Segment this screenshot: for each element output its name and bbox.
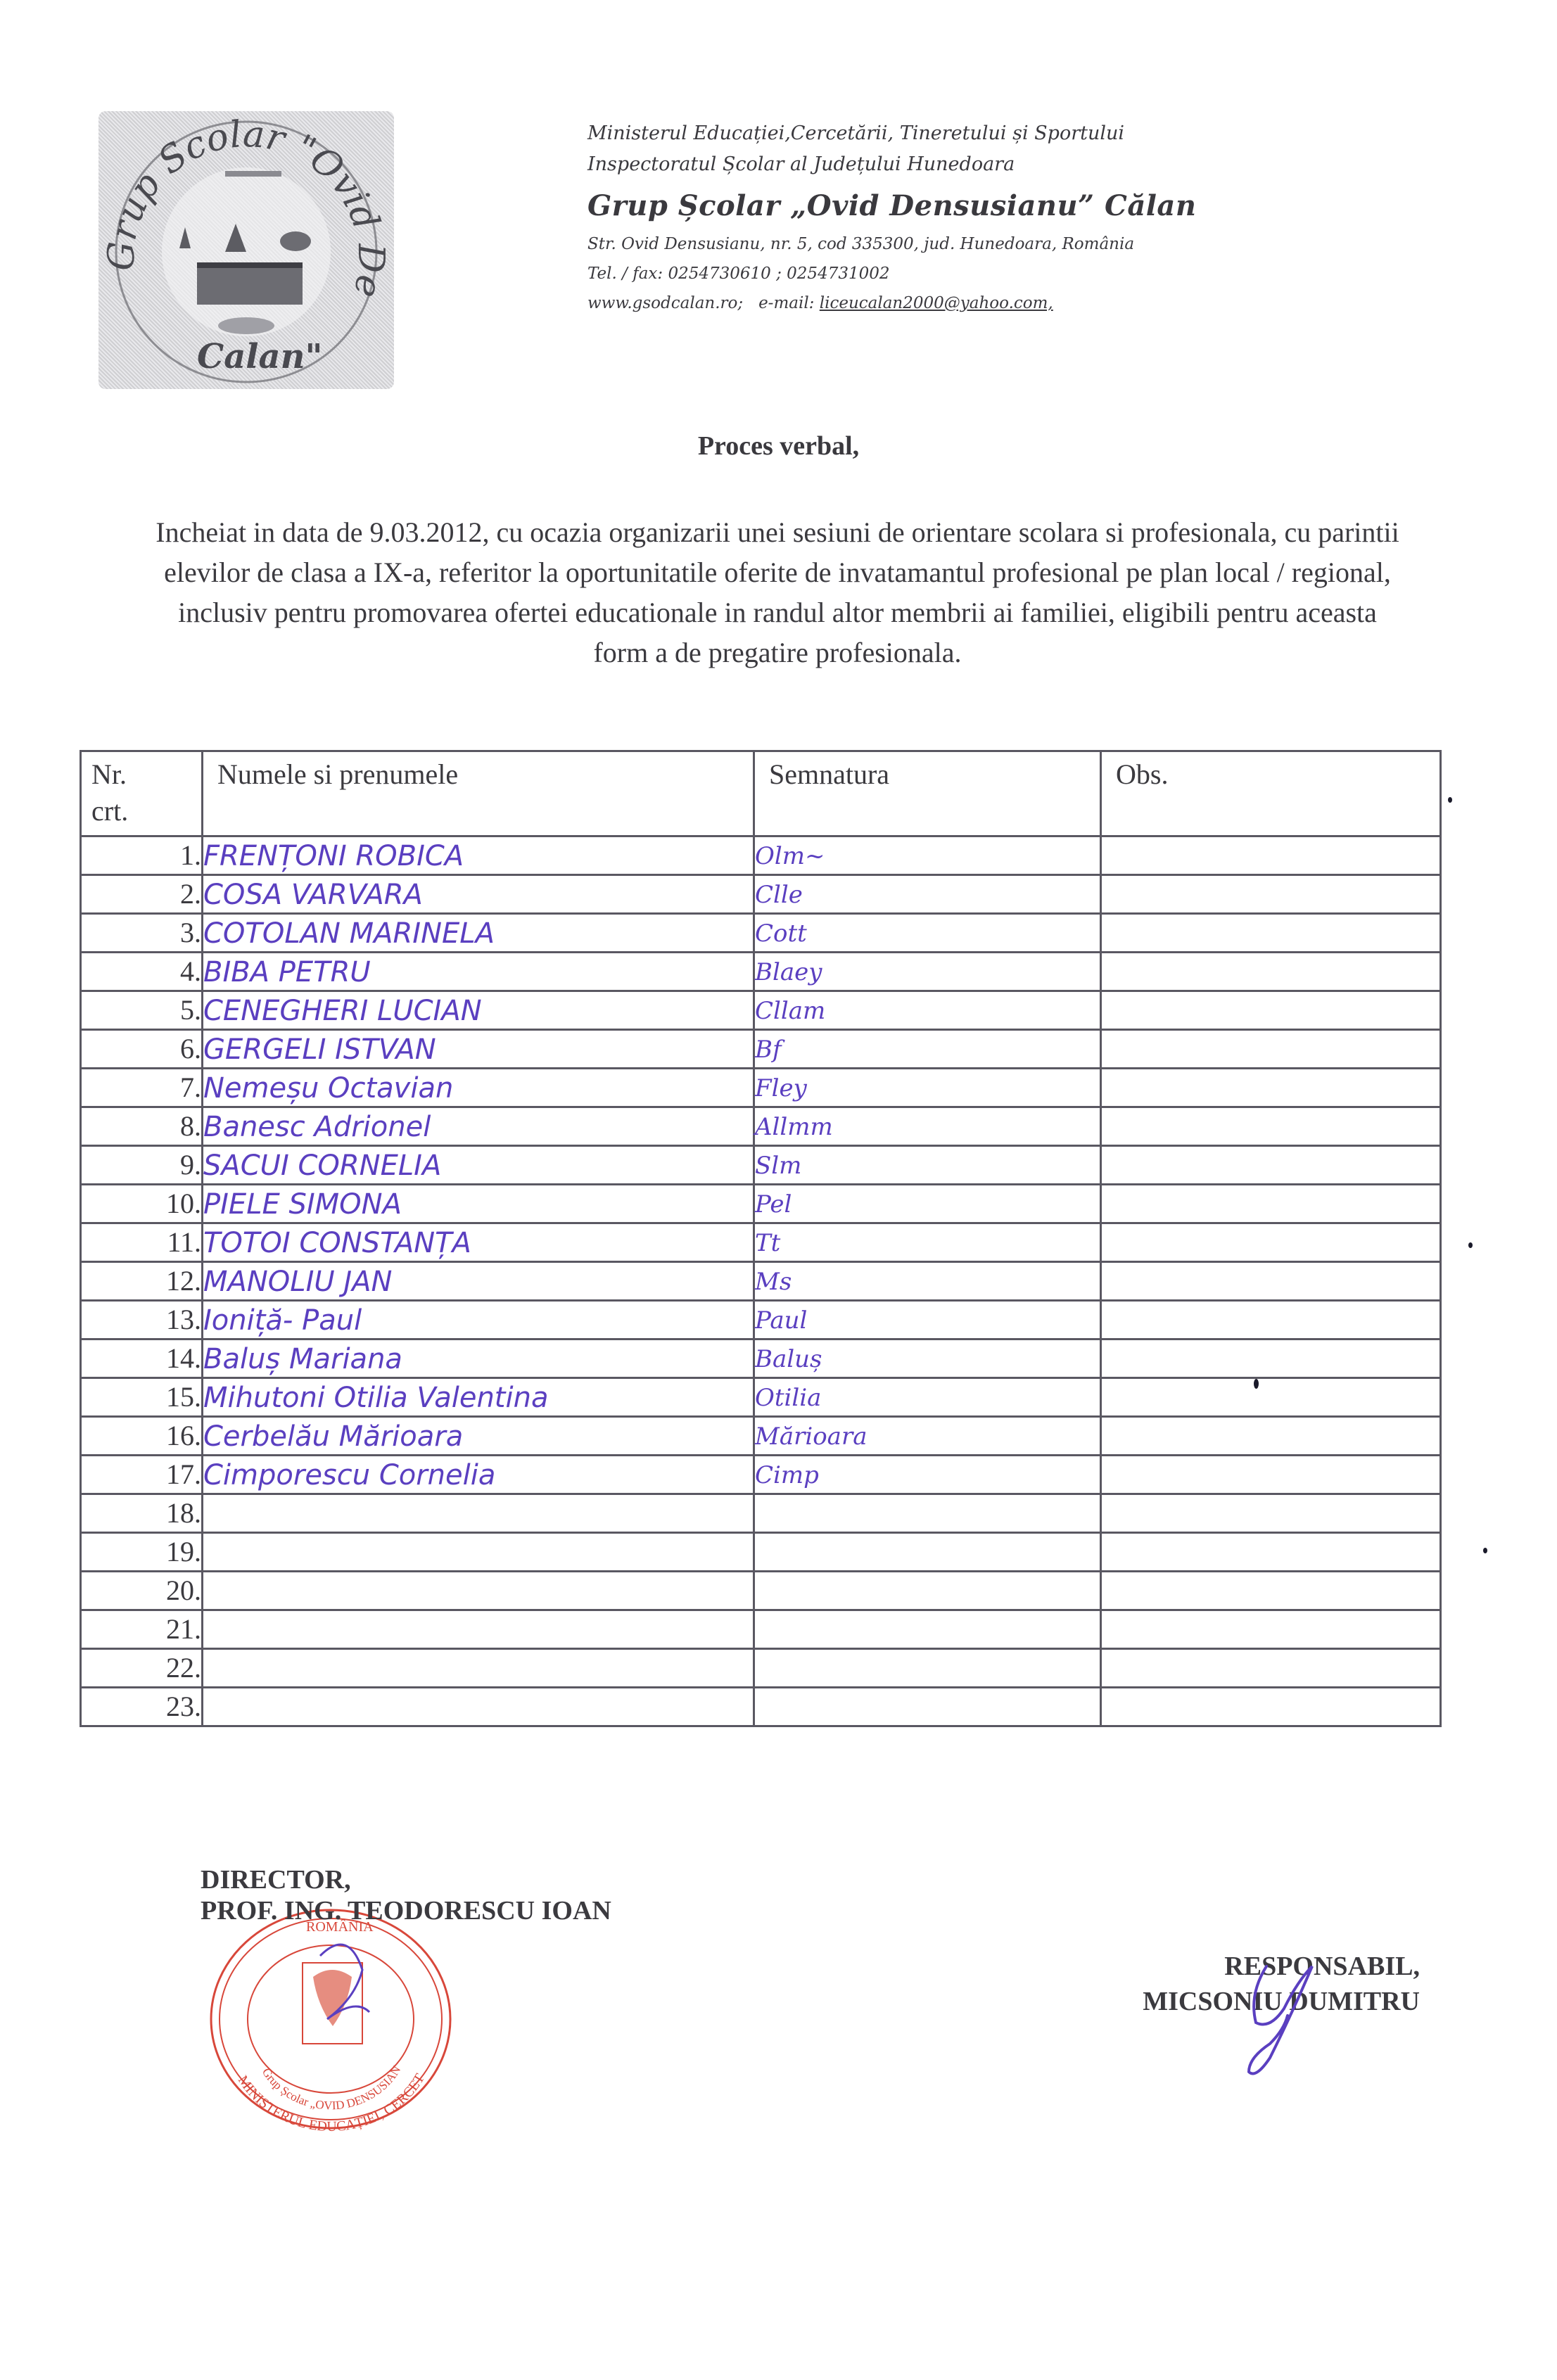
- participant-name[interactable]: SACUI CORNELIA: [203, 1146, 754, 1185]
- observation-cell[interactable]: [1101, 991, 1441, 1030]
- table-row: 13.Ioniță- PaulPaul: [81, 1301, 1441, 1339]
- row-number: 23.: [81, 1688, 203, 1726]
- observation-cell[interactable]: [1101, 1146, 1441, 1185]
- observation-cell[interactable]: [1101, 1417, 1441, 1456]
- table-row: 14.Baluș MarianaBaluș: [81, 1339, 1441, 1378]
- table-row: 1.FRENȚONI ROBICAOlm~: [81, 836, 1441, 875]
- table-row: 15.Mihutoni Otilia ValentinaOtilia: [81, 1378, 1441, 1417]
- observation-cell[interactable]: [1101, 1378, 1441, 1417]
- table-row: 6.GERGELI ISTVANBf: [81, 1030, 1441, 1069]
- observation-cell[interactable]: [1101, 1456, 1441, 1494]
- participant-name[interactable]: PIELE SIMONA: [203, 1185, 754, 1223]
- observation-cell[interactable]: [1101, 1688, 1441, 1726]
- participant-name[interactable]: TOTOI CONSTANȚA: [203, 1223, 754, 1262]
- participant-signature[interactable]: Allmm: [754, 1107, 1101, 1146]
- participant-signature[interactable]: Bf: [754, 1030, 1101, 1069]
- scan-speck: [1483, 1548, 1487, 1553]
- school-crest-logo: Grup Scolar "Ovid Densusianu" Calan": [98, 111, 394, 389]
- participant-signature[interactable]: Cimp: [754, 1456, 1101, 1494]
- header-nr-label: Nr. crt.: [91, 756, 148, 829]
- svg-text:Calan": Calan": [197, 337, 323, 376]
- participant-signature[interactable]: Fley: [754, 1069, 1101, 1107]
- observation-cell[interactable]: [1101, 953, 1441, 991]
- official-stamp: MINISTERUL EDUCAȚIEI, CERCETĂRII, TINERE…: [201, 1899, 461, 2132]
- participant-name[interactable]: Mihutoni Otilia Valentina: [203, 1378, 754, 1417]
- participant-signature[interactable]: Blaey: [754, 953, 1101, 991]
- scan-speck: [1448, 797, 1452, 803]
- row-number: 21.: [81, 1610, 203, 1649]
- observation-cell[interactable]: [1101, 1107, 1441, 1146]
- school-name: Grup Școlar „Ovid Densusianu” Călan: [587, 183, 1432, 229]
- table-row: 20.: [81, 1572, 1441, 1610]
- signature-scribble-icon: [1238, 1945, 1337, 2086]
- table-body: 1.FRENȚONI ROBICAOlm~2.COSA VARVARAClle3…: [81, 836, 1441, 1726]
- participant-name[interactable]: [203, 1572, 754, 1610]
- participant-name[interactable]: Banesc Adrionel: [203, 1107, 754, 1146]
- participant-name[interactable]: COTOLAN MARINELA: [203, 914, 754, 953]
- participant-signature[interactable]: [754, 1649, 1101, 1688]
- participant-signature[interactable]: Mărioara: [754, 1417, 1101, 1456]
- participant-signature[interactable]: Clle: [754, 875, 1101, 914]
- table-row: 9.SACUI CORNELIASlm: [81, 1146, 1441, 1185]
- header-obs: Obs.: [1101, 751, 1441, 836]
- table-row: 5.CENEGHERI LUCIANCllam: [81, 991, 1441, 1030]
- observation-cell[interactable]: [1101, 1533, 1441, 1572]
- observation-cell[interactable]: [1101, 1610, 1441, 1649]
- observation-cell[interactable]: [1101, 1069, 1441, 1107]
- table-row: 3.COTOLAN MARINELACott: [81, 914, 1441, 953]
- participant-name[interactable]: MANOLIU JAN: [203, 1262, 754, 1301]
- participant-signature[interactable]: Olm~: [754, 836, 1101, 875]
- participant-name[interactable]: [203, 1649, 754, 1688]
- table-row: 4.BIBA PETRUBlaey: [81, 953, 1441, 991]
- document-title: Proces verbal,: [0, 431, 1557, 462]
- ministry-name: Ministerul Educației,Cercetării, Tineret…: [587, 118, 1432, 149]
- table-row: 21.: [81, 1610, 1441, 1649]
- document-body: Incheiat in data de 9.03.2012, cu ocazia…: [151, 512, 1404, 673]
- participant-signature[interactable]: Otilia: [754, 1378, 1101, 1417]
- school-website[interactable]: www.gsodcalan.ro;: [587, 294, 743, 312]
- scan-speck: [1254, 1379, 1259, 1389]
- observation-cell[interactable]: [1101, 1030, 1441, 1069]
- row-number: 8.: [81, 1107, 203, 1146]
- email-label: e-mail:: [758, 294, 814, 312]
- table-row: 11.TOTOI CONSTANȚATt: [81, 1223, 1441, 1262]
- row-number: 18.: [81, 1494, 203, 1533]
- participant-signature[interactable]: [754, 1533, 1101, 1572]
- participant-name[interactable]: Ioniță- Paul: [203, 1301, 754, 1339]
- row-number: 14.: [81, 1339, 203, 1378]
- participant-signature[interactable]: Cllam: [754, 991, 1101, 1030]
- participant-signature[interactable]: Tt: [754, 1223, 1101, 1262]
- observation-cell[interactable]: [1101, 1494, 1441, 1533]
- observation-cell[interactable]: [1101, 1185, 1441, 1223]
- observation-cell[interactable]: [1101, 914, 1441, 953]
- table-row: 10.PIELE SIMONAPel: [81, 1185, 1441, 1223]
- school-phone-fax: Tel. / fax: 0254730610 ; 0254731002: [587, 259, 1432, 288]
- participant-signature[interactable]: Slm: [754, 1146, 1101, 1185]
- row-number: 20.: [81, 1572, 203, 1610]
- participant-signature[interactable]: Cott: [754, 914, 1101, 953]
- table-row: 16.Cerbelău MărioaraMărioara: [81, 1417, 1441, 1456]
- observation-cell[interactable]: [1101, 1339, 1441, 1378]
- row-number: 17.: [81, 1456, 203, 1494]
- row-number: 10.: [81, 1185, 203, 1223]
- letterhead: Ministerul Educației,Cercetării, Tineret…: [587, 118, 1432, 318]
- participant-name[interactable]: CENEGHERI LUCIAN: [203, 991, 754, 1030]
- row-number: 15.: [81, 1378, 203, 1417]
- participant-name[interactable]: BIBA PETRU: [203, 953, 754, 991]
- table-row: 22.: [81, 1649, 1441, 1688]
- header-signature: Semnatura: [754, 751, 1101, 836]
- director-title: DIRECTOR,: [201, 1864, 611, 1895]
- table-row: 18.: [81, 1494, 1441, 1533]
- table-row: 23.: [81, 1688, 1441, 1726]
- row-number: 3.: [81, 914, 203, 953]
- school-address: Str. Ovid Densusianu, nr. 5, cod 335300,…: [587, 229, 1432, 259]
- observation-cell[interactable]: [1101, 1223, 1441, 1262]
- participant-name[interactable]: Baluș Mariana: [203, 1339, 754, 1378]
- observation-cell[interactable]: [1101, 1262, 1441, 1301]
- table-row: 8.Banesc AdrionelAllmm: [81, 1107, 1441, 1146]
- table-row: 2.COSA VARVARAClle: [81, 875, 1441, 914]
- row-number: 9.: [81, 1146, 203, 1185]
- participant-signature[interactable]: [754, 1494, 1101, 1533]
- participant-name[interactable]: GERGELI ISTVAN: [203, 1030, 754, 1069]
- participant-signature[interactable]: Paul: [754, 1301, 1101, 1339]
- school-email-link[interactable]: liceucalan2000@yahoo.com,: [820, 294, 1053, 312]
- participant-name[interactable]: [203, 1494, 754, 1533]
- participant-signature[interactable]: [754, 1572, 1101, 1610]
- row-number: 7.: [81, 1069, 203, 1107]
- contact-line: www.gsodcalan.ro; e-mail: liceucalan2000…: [587, 288, 1432, 318]
- participant-name[interactable]: Cerbelău Mărioara: [203, 1417, 754, 1456]
- header-name: Numele si prenumele: [203, 751, 754, 836]
- header-nr-crt: Nr. crt.: [81, 751, 203, 836]
- observation-cell[interactable]: [1101, 1301, 1441, 1339]
- responsible-signature: [1238, 1945, 1337, 2086]
- row-number: 12.: [81, 1262, 203, 1301]
- row-number: 13.: [81, 1301, 203, 1339]
- observation-cell[interactable]: [1101, 1572, 1441, 1610]
- row-number: 22.: [81, 1649, 203, 1688]
- table-row: 19.: [81, 1533, 1441, 1572]
- row-number: 6.: [81, 1030, 203, 1069]
- stamp-seal-icon: MINISTERUL EDUCAȚIEI, CERCETĂRII, TINERE…: [201, 1899, 461, 2132]
- row-number: 2.: [81, 875, 203, 914]
- participant-signature[interactable]: [754, 1610, 1101, 1649]
- participant-name[interactable]: [203, 1533, 754, 1572]
- participant-signature[interactable]: Baluș: [754, 1339, 1101, 1378]
- participant-name[interactable]: [203, 1610, 754, 1649]
- crest-emblem-icon: Grup Scolar "Ovid Densusianu" Calan": [98, 111, 394, 389]
- observation-cell[interactable]: [1101, 836, 1441, 875]
- director-block: DIRECTOR, PROF. ING. TEODORESCU IOAN: [201, 1864, 611, 1926]
- participant-name[interactable]: COSA VARVARA: [203, 875, 754, 914]
- table-header-row: Nr. crt. Numele si prenumele Semnatura O…: [81, 751, 1441, 836]
- participant-signature[interactable]: [754, 1688, 1101, 1726]
- attendance-table: Nr. crt. Numele si prenumele Semnatura O…: [80, 750, 1442, 1727]
- table-row: 7.Nemeșu OctavianFley: [81, 1069, 1441, 1107]
- participant-name[interactable]: Nemeșu Octavian: [203, 1069, 754, 1107]
- row-number: 4.: [81, 953, 203, 991]
- row-number: 11.: [81, 1223, 203, 1262]
- director-name: PROF. ING. TEODORESCU IOAN: [201, 1895, 611, 1926]
- participant-name[interactable]: FRENȚONI ROBICA: [203, 836, 754, 875]
- participant-signature[interactable]: Ms: [754, 1262, 1101, 1301]
- row-number: 1.: [81, 836, 203, 875]
- observation-cell[interactable]: [1101, 1649, 1441, 1688]
- row-number: 19.: [81, 1533, 203, 1572]
- inspectorate-name: Inspectoratul Școlar al Județului Hunedo…: [587, 149, 1432, 180]
- observation-cell[interactable]: [1101, 875, 1441, 914]
- scan-speck: [1468, 1242, 1473, 1248]
- table-row: 17.Cimporescu CorneliaCimp: [81, 1456, 1441, 1494]
- participant-name[interactable]: Cimporescu Cornelia: [203, 1456, 754, 1494]
- participant-name[interactable]: [203, 1688, 754, 1726]
- participant-signature[interactable]: Pel: [754, 1185, 1101, 1223]
- row-number: 16.: [81, 1417, 203, 1456]
- row-number: 5.: [81, 991, 203, 1030]
- table-row: 12.MANOLIU JANMs: [81, 1262, 1441, 1301]
